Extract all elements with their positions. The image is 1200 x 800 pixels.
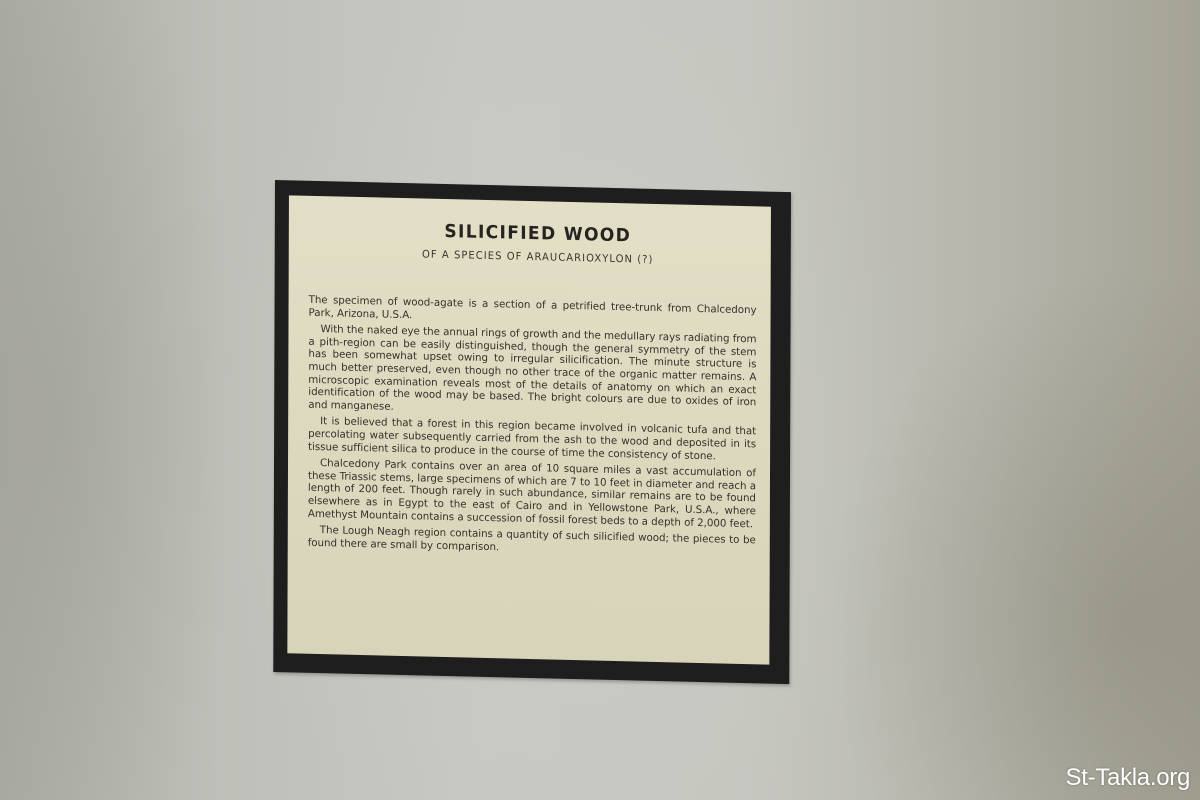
paragraph-structure: With the naked eye the annual rings of g… (308, 323, 756, 422)
label-subtitle: OF A SPECIES OF ARAUCARIOXYLON (?) (330, 246, 746, 268)
watermark: St-Takla.org (1066, 764, 1190, 792)
paragraph-formation: It is believed that a forest in this reg… (308, 415, 756, 463)
label-frame: SILICIFIED WOOD OF A SPECIES OF ARAUCARI… (273, 180, 791, 684)
label-body: The specimen of wood-agate is a section … (308, 294, 757, 560)
paragraph-lough-neagh: The Lough Neagh region contains a quanti… (308, 524, 756, 560)
paragraph-chalcedony-park: Chalcedony Park contains over an area of… (308, 457, 756, 531)
museum-label-card: SILICIFIED WOOD OF A SPECIES OF ARAUCARI… (287, 195, 771, 664)
label-title: SILICIFIED WOOD (330, 218, 746, 249)
